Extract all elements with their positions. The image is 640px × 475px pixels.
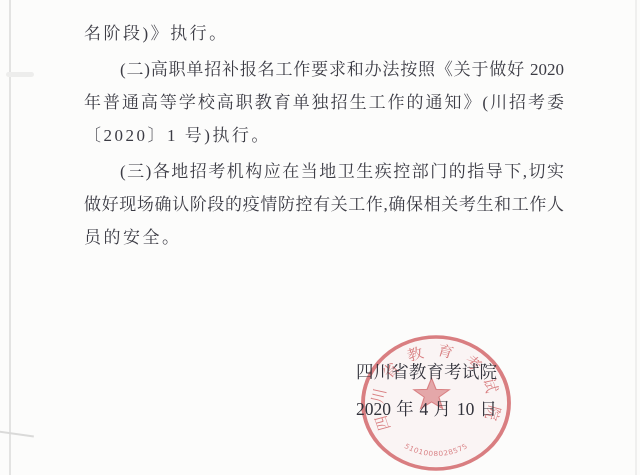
scan-artifact [6, 72, 34, 77]
body-text-line: 员的安全。 [84, 221, 564, 254]
body-text-line: (三)各地招考机构应在当地卫生疾控部门的指导下,切实 [84, 155, 564, 188]
document-page: 名阶段)》执行。 (二)高职单招补报名工作要求和办法按照《关于做好 2020 年… [0, 0, 640, 475]
body-text-line: 做好现场确认阶段的疫情防控有关工作,确保相关考生和工作人 [84, 188, 564, 221]
signature-org: 四川省教育考试院 [356, 354, 497, 391]
body-text: 名阶段)》执行。 (二)高职单招补报名工作要求和办法按照《关于做好 2020 年… [84, 17, 564, 254]
page-edge-line [635, 0, 637, 475]
body-text-line: (二)高职单招补报名工作要求和办法按照《关于做好 2020 [84, 53, 564, 86]
scan-artifact [0, 431, 34, 438]
body-text-line: 名阶段)》执行。 [84, 17, 564, 50]
body-text-line: 年普通高等学校高职教育单独招生工作的通知》(川招考委 [84, 86, 564, 119]
signature-date: 2020 年 4 月 10 日 [356, 391, 497, 428]
body-text-line: 〔2020〕1 号)执行。 [84, 119, 564, 152]
signature-block: 四川省教育考试院 2020 年 4 月 10 日 [356, 354, 497, 428]
